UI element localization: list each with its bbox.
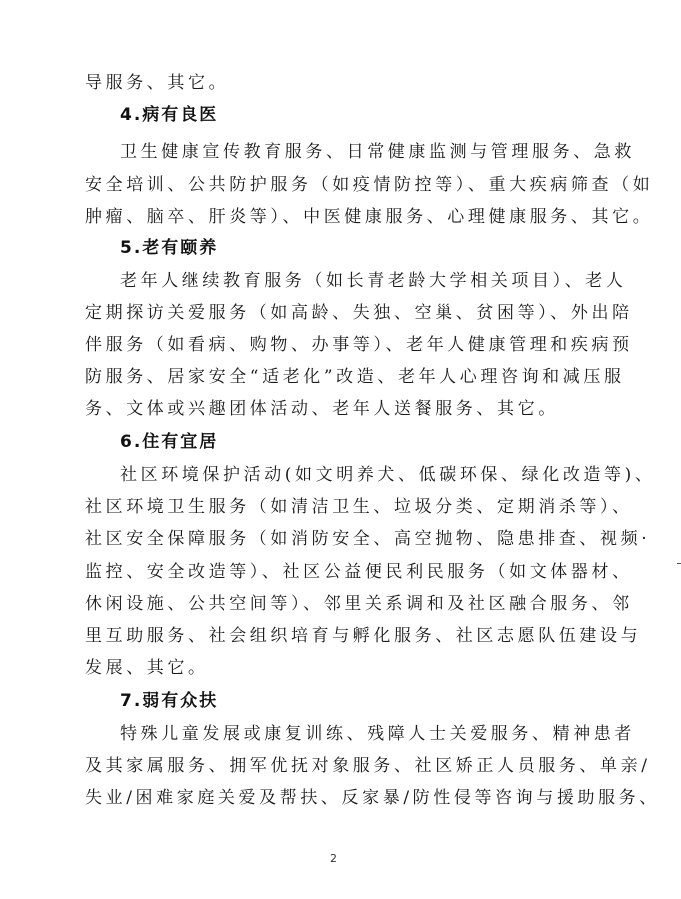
body-text-line: 特殊儿童发展或康复训练、残障人士关爱服务、精神患者 bbox=[120, 718, 635, 750]
section-heading-4: 4.病有良医 bbox=[120, 99, 218, 131]
body-text-line: 社区环境卫生服务（如清洁卫生、垃圾分类、定期消杀等）、 bbox=[85, 491, 633, 523]
body-text-line: 监控、安全改造等）、社区公益便民利民服务（如文体器材、 bbox=[85, 556, 633, 588]
body-text-line: 休闲设施、公共空间等）、邻里关系调和及社区融合服务、邻 bbox=[85, 588, 633, 620]
body-text-line: 及其家属服务、拥军优抚对象服务、社区矫正人员服务、单亲/ bbox=[85, 750, 651, 782]
body-text-line: 安全培训、公共防护服务（如疫情防控等）、重大疾病筛查（如 bbox=[85, 169, 653, 201]
section-heading-7: 7.弱有众扶 bbox=[120, 685, 218, 717]
body-text-line: 导服务、其它。 bbox=[85, 67, 229, 99]
document-page: 导服务、其它。 4.病有良医 卫生健康宣传教育服务、日常健康监测与管理服务、急救… bbox=[0, 0, 681, 899]
body-text-line: 老年人继续教育服务（如长青老龄大学相关项目）、老人 bbox=[120, 265, 627, 297]
page-number: 2 bbox=[330, 852, 337, 865]
body-text-line: 失业/困难家庭关爱及帮扶、反家暴/防性侵等咨询与援助服务、 bbox=[85, 782, 660, 814]
section-heading-5: 5.老有颐养 bbox=[120, 232, 218, 264]
body-text-line: 伴服务（如看病、购物、办事等）、老年人健康管理和疾病预 bbox=[85, 329, 633, 361]
body-text-line: 防服务、居家安全“适老化”改造、老年人心理咨询和减压服 bbox=[85, 361, 625, 393]
body-text-line: 肿瘤、脑卒、肝炎等）、中医健康服务、心理健康服务、其它。 bbox=[85, 201, 653, 233]
body-text-line: 发展、其它。 bbox=[85, 652, 209, 684]
margin-mark bbox=[677, 563, 681, 564]
body-text-line: 卫生健康宣传教育服务、日常健康监测与管理服务、急救 bbox=[120, 136, 635, 168]
body-text-line: 社区环境保护活动(如文明养犬、低碳环保、绿化改造等)、 bbox=[120, 459, 655, 491]
body-text-line: 定期探访关爱服务（如高龄、失独、空巢、贫困等）、外出陪 bbox=[85, 297, 633, 329]
body-text-line: 务、文体或兴趣团体活动、老年人送餐服务、其它。 bbox=[85, 393, 559, 425]
body-text-line: 里互助服务、社会组织培育与孵化服务、社区志愿队伍建设与 bbox=[85, 620, 641, 652]
body-text-line: 社区安全保障服务（如消防安全、高空抛物、隐患排查、视频· bbox=[85, 523, 650, 555]
section-heading-6: 6.住有宜居 bbox=[120, 426, 218, 458]
